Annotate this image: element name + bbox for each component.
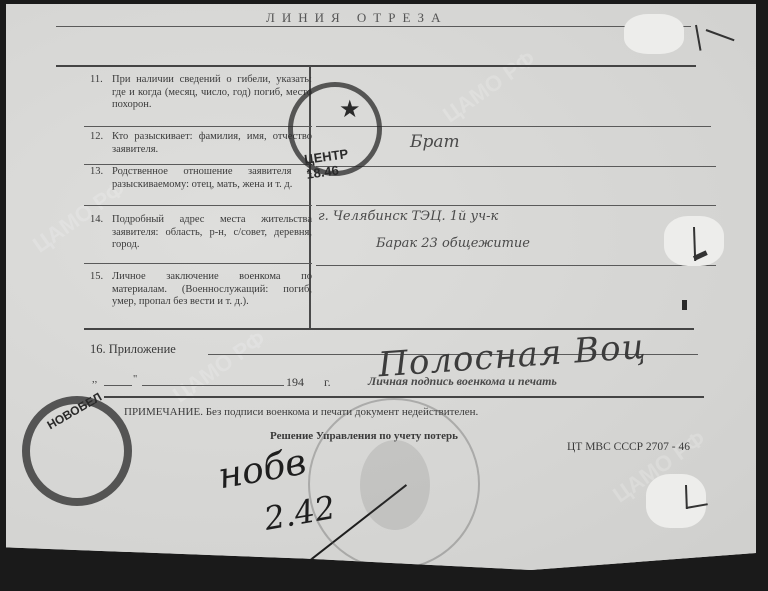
answer-12-handwritten: Брат bbox=[410, 132, 460, 152]
cut-line-label: ЛИНИЯ ОТРЕЗА bbox=[266, 10, 447, 26]
answer-14-line2-handwritten: Барак 23 общежитие bbox=[376, 236, 530, 251]
date-day-line bbox=[104, 385, 132, 386]
postal-stamp-bottom-left: НОВОБЕЛ bbox=[22, 396, 132, 506]
paper-crack bbox=[706, 29, 735, 41]
date-quote-open: ,, bbox=[92, 374, 97, 385]
date-quote-close: " bbox=[133, 374, 137, 385]
answer-line bbox=[316, 205, 716, 206]
paper-damage bbox=[646, 474, 706, 528]
stamp-text: НОВОБЕЛ bbox=[45, 390, 105, 432]
postal-stamp-top: ЦЕНТР 18.46 ★ bbox=[288, 82, 382, 176]
item-number: 13. bbox=[90, 166, 103, 179]
emblem-icon bbox=[360, 440, 430, 530]
decision-handwritten-line1: нобв bbox=[215, 442, 309, 498]
item-number: 16. bbox=[90, 342, 106, 356]
attachment-label: Приложение bbox=[109, 342, 176, 356]
watermark: ЦАМО РФ bbox=[438, 46, 540, 128]
official-seal-faint bbox=[308, 398, 480, 570]
item-number: 14. bbox=[90, 214, 103, 227]
item-13: 13. Родственное отношение заявителя к ра… bbox=[90, 166, 312, 191]
row-divider bbox=[84, 164, 312, 165]
item-15: 15. Личное заключение военкома по матери… bbox=[90, 271, 312, 309]
item-14: 14. Подробный адрес места жительства зая… bbox=[90, 214, 312, 252]
attachment-field: 16. Приложение bbox=[90, 342, 176, 357]
star-icon: ★ bbox=[339, 95, 361, 124]
paper-damage bbox=[624, 14, 684, 54]
row-divider bbox=[84, 126, 312, 127]
row-divider bbox=[84, 205, 312, 206]
row-divider bbox=[84, 263, 312, 264]
stamp-text: ЦЕНТР 18.46 bbox=[303, 142, 378, 182]
item-label: При наличии сведений о гибели, указать: … bbox=[90, 74, 312, 112]
table-top-rule bbox=[56, 65, 696, 67]
item-11: 11. При наличии сведений о гибели, указа… bbox=[90, 74, 312, 112]
item-label: Кто разыскивает: фамилия, имя, отчество … bbox=[90, 131, 312, 156]
item-12: 12. Кто разыскивает: фамилия, имя, отчес… bbox=[90, 131, 312, 156]
answer-line bbox=[316, 265, 716, 266]
answer-14-line1-handwritten: г. Челябинск ТЭЦ. 1й уч-к bbox=[318, 209, 498, 224]
item-number: 15. bbox=[90, 271, 103, 284]
date-year: 194 bbox=[286, 375, 304, 390]
item-label: Подробный адрес места жительства заявите… bbox=[90, 214, 312, 252]
print-code: ЦТ МВС СССР 2707 - 46 bbox=[567, 441, 690, 453]
date-year-suffix: г. bbox=[324, 375, 331, 390]
paper-crack bbox=[695, 25, 701, 51]
item-number: 12. bbox=[90, 131, 103, 144]
item-label: Личное заключение военкома по материалам… bbox=[90, 271, 312, 309]
item-label: Родственное отношение заявителя к разыск… bbox=[90, 166, 312, 191]
date-month-line bbox=[142, 385, 284, 386]
item-number: 11. bbox=[90, 74, 103, 87]
document-page: ЦАМО РФ ЦАМО РФ ЦАМО РФ ЦАМО РФ ЛИНИЯ ОТ… bbox=[6, 4, 756, 570]
cut-line bbox=[56, 26, 691, 27]
paper-hole bbox=[682, 300, 687, 310]
